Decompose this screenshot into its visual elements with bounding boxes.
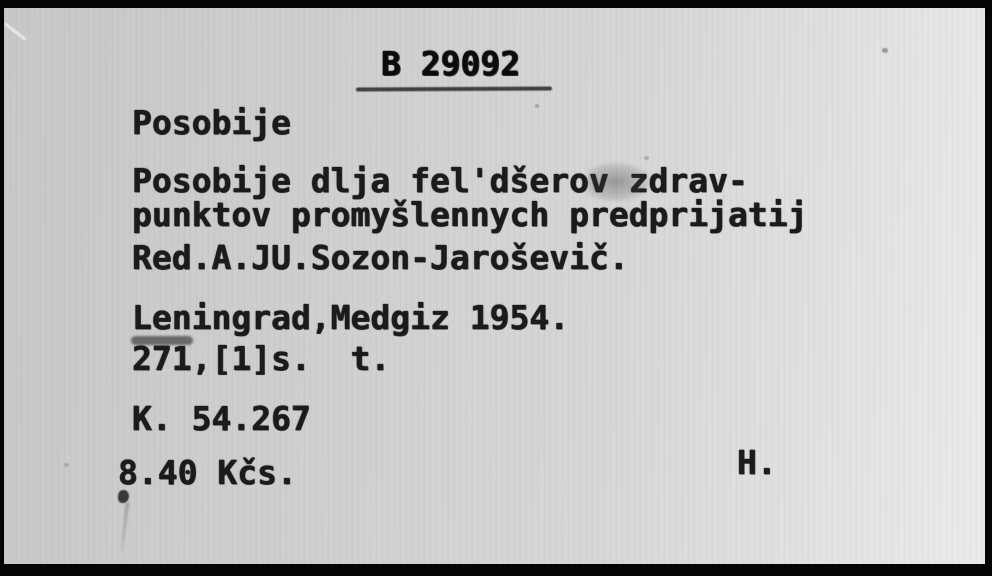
heading-entry: Posobije [132,106,291,139]
price-line: 8.40 Kčs. [118,456,297,489]
call-number-underline [356,86,552,91]
title-line-2: punktov promyšlennych predprijatij [132,198,808,231]
ink-blot-trail [120,502,129,554]
scan-speckle [535,104,539,108]
control-number: K. 54.267 [132,402,311,435]
imprint-line: Leningrad,Medgiz 1954. [132,301,569,334]
scan-speckle [882,48,888,53]
ink-blot [118,490,129,503]
cataloger-initial: H. [737,446,777,479]
scan-black-border: B 29092 Posobije Posobije dlja fel'dšero… [0,0,992,576]
scan-speckle [644,156,649,160]
editor-statement: Red.A.JU.Sozon-Jaroševič. [132,241,629,274]
scan-scratch-artifact [4,22,26,40]
catalog-card: B 29092 Posobije Posobije dlja fel'dšero… [4,8,985,564]
scan-speckle [64,463,69,467]
title-line-1: Posobije dlja fel'dšerov zdrav- [132,164,748,197]
collation-line: 271,[1]s. t. [132,342,390,375]
call-number: B 29092 [381,47,520,80]
